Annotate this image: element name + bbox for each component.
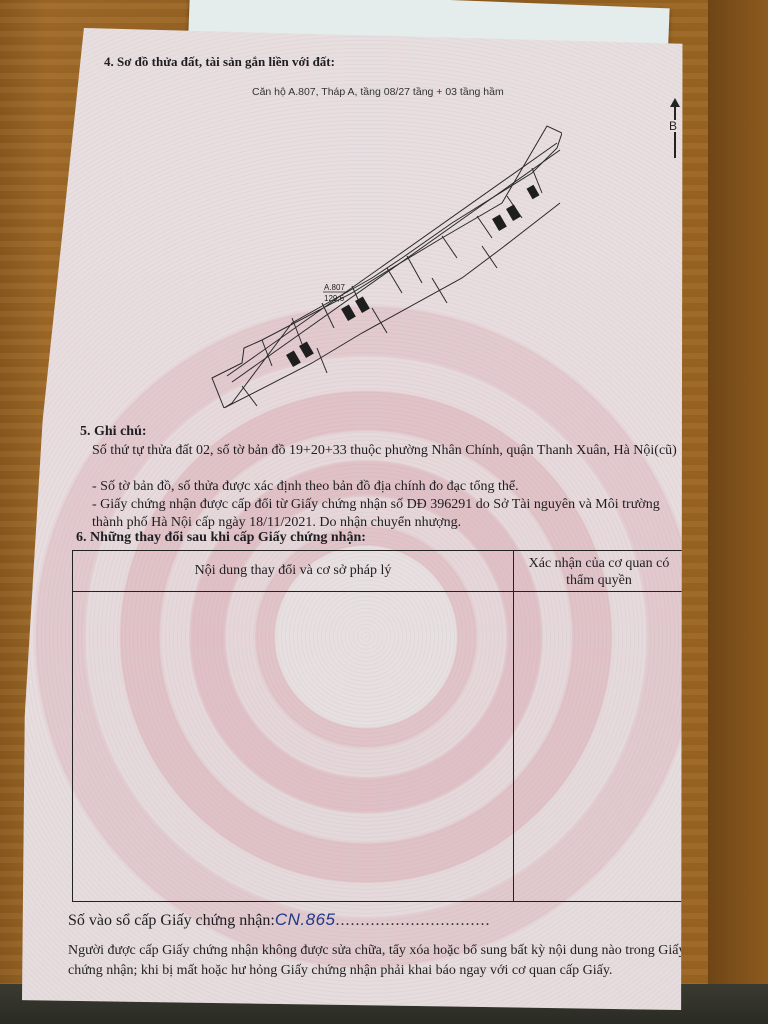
- warning-notice: Người được cấp Giấy chứng nhận không đượ…: [68, 941, 708, 981]
- plan-unit-label: A.807: [324, 283, 345, 292]
- note-line-3: - Giấy chứng nhận được cấp đổi từ Giấy c…: [92, 496, 692, 532]
- note-line-2: - Số tờ bản đồ, số thửa được xác định th…: [92, 478, 692, 496]
- floor-plan-diagram: A.807 129,6: [202, 108, 562, 408]
- registry-number-line: Số vào sổ cấp Giấy chứng nhận:CN.865....…: [68, 910, 491, 930]
- north-arrow-icon: B: [668, 98, 682, 158]
- plan-unit-area: 129,6: [324, 294, 345, 303]
- column-header-change-content: Nội dung thay đổi và cơ sở pháp lý: [73, 563, 513, 579]
- section-6-heading: 6. Những thay đổi sau khi cấp Giấy chứng…: [76, 530, 366, 546]
- certificate-page: 4. Sơ đồ thửa đất, tài sản gắn liền với …: [22, 28, 710, 1010]
- desk-edge: [708, 0, 768, 1024]
- registry-handwritten-value: CN.865: [275, 910, 336, 929]
- changes-table: Nội dung thay đổi và cơ sở pháp lý Xác n…: [72, 550, 684, 902]
- registry-label: Số vào sổ cấp Giấy chứng nhận:: [68, 912, 275, 929]
- section-5-heading: 5. Ghi chú:: [80, 424, 147, 440]
- north-label: B: [669, 120, 677, 132]
- registry-fill-dots: ...............................: [336, 912, 491, 929]
- column-header-authority-confirmation: Xác nhận của cơ quan có thẩm quyền: [514, 555, 684, 589]
- note-line-1: Số thứ tự thửa đất 02, số tờ bản đồ 19+2…: [92, 442, 692, 460]
- section-4-heading: 4. Sơ đồ thửa đất, tài sản gắn liền với …: [104, 54, 335, 70]
- apartment-caption: Căn hộ A.807, Tháp A, tầng 08/27 tầng + …: [252, 86, 504, 98]
